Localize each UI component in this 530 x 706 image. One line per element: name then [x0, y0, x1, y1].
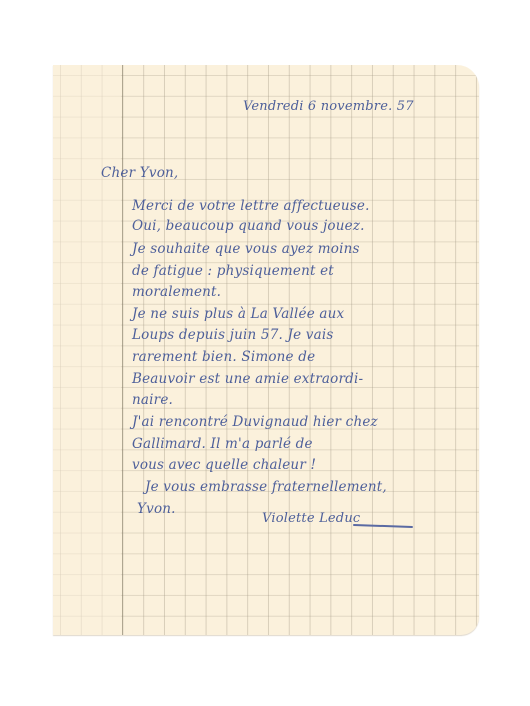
letter-line: Je ne suis plus à La Vallée aux: [132, 306, 344, 322]
letter-line: vous avec quelle chaleur !: [132, 457, 316, 473]
letter-salutation: Cher Yvon,: [101, 165, 178, 181]
letter-date: Vendredi 6 novembre. 57: [243, 99, 414, 114]
letter-paper: Vendredi 6 novembre. 57 Cher Yvon, Merci…: [53, 65, 479, 635]
paper-left-margin: [53, 65, 121, 635]
letter-line: naire.: [132, 392, 173, 408]
letter-line: moralement.: [132, 284, 221, 300]
letter-line: J'ai rencontré Duvignaud hier chez: [132, 414, 378, 430]
letter-line: Je souhaite que vous ayez moins: [132, 241, 360, 257]
letter-line: Beauvoir est une amie extraordi-: [132, 371, 363, 387]
letter-line: Oui, beaucoup quand vous jouez.: [132, 218, 365, 234]
margin-rule-line: [122, 65, 123, 635]
letter-line: Merci de votre lettre affectueuse.: [132, 198, 370, 214]
letter-line: rarement bien. Simone de: [132, 349, 315, 365]
letter-line: Gallimard. Il m'a parlé de: [132, 436, 313, 452]
letter-line: de fatigue : physiquement et: [132, 263, 334, 279]
letter-signature: Violette Leduc: [262, 511, 360, 526]
letter-line: Loups depuis juin 57. Je vais: [132, 327, 334, 343]
letter-line: Yvon.: [137, 501, 176, 517]
letter-line: Je vous embrasse fraternellement,: [145, 479, 387, 495]
